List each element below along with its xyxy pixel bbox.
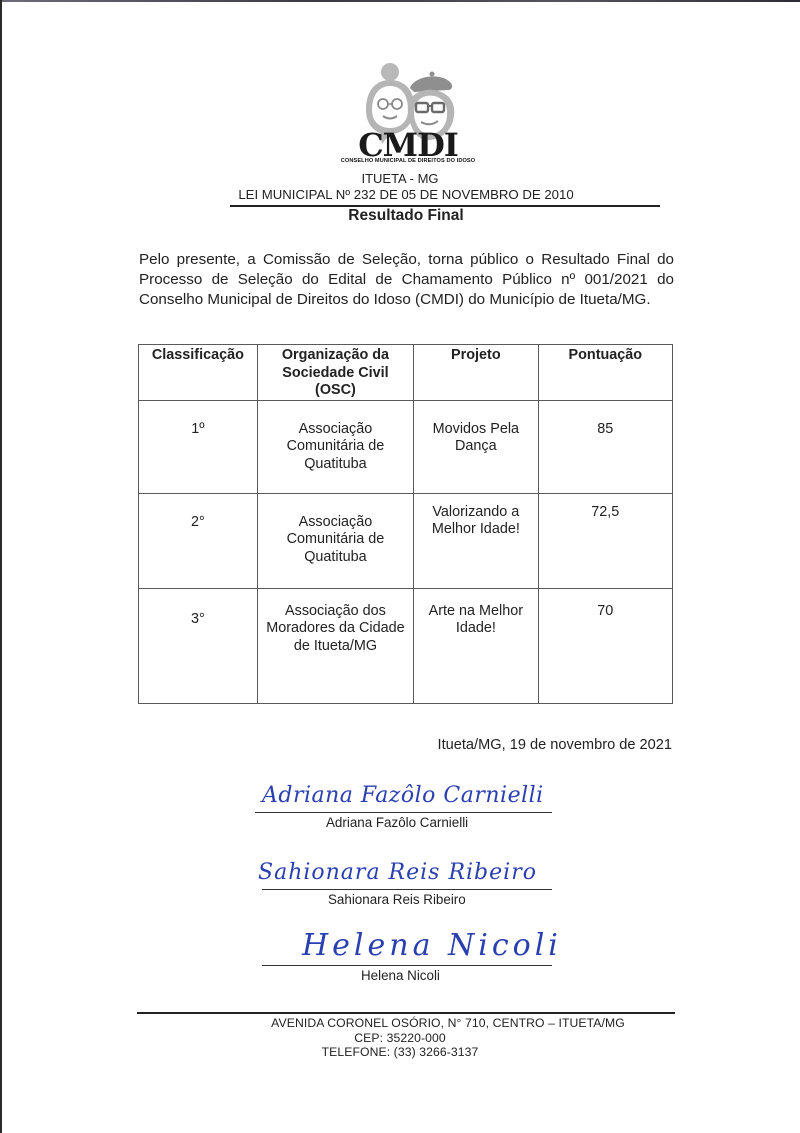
footer-cep: CEP: 35220-000 bbox=[0, 1031, 800, 1045]
footer-divider bbox=[137, 1012, 675, 1014]
intro-paragraph: Pelo presente, a Comissão de Seleção, to… bbox=[139, 250, 674, 310]
signatory-name: Adriana Fazôlo Carnielli bbox=[326, 815, 468, 830]
scan-edge-left bbox=[0, 0, 2, 1133]
intro-line: Pelo presente, a Comissão de Seleção, to… bbox=[139, 250, 674, 270]
results-table: Classificação Organização da Sociedade C… bbox=[138, 344, 673, 704]
signatory-name: Helena Nicoli bbox=[361, 968, 440, 983]
header-classification: Classificação bbox=[139, 345, 258, 401]
page-title: Resultado Final bbox=[0, 207, 800, 225]
signature-helena: Helena Nicoli bbox=[302, 928, 562, 963]
cell-score: 72,5 bbox=[538, 493, 672, 588]
cell-osc: Associação Comunitária de Quatituba bbox=[257, 400, 413, 493]
intro-line: Conselho Municipal de Direitos do Idoso … bbox=[139, 290, 674, 310]
signature-line bbox=[255, 812, 552, 813]
cell-osc: Associação dos Moradores da Cidade de It… bbox=[257, 588, 413, 703]
table-row: 3° Associação dos Moradores da Cidade de… bbox=[139, 588, 673, 703]
header-osc: Organização da Sociedade Civil (OSC) bbox=[257, 345, 413, 401]
city-heading: ITUETA - MG bbox=[0, 171, 800, 186]
cmdi-logo: CMDI CONSELHO MUNICIPAL DE DIREITOS DO I… bbox=[328, 60, 488, 168]
table-row: 2° Associação Comunitária de Quatituba V… bbox=[139, 493, 673, 588]
signatory-name: Sahionara Reis Ribeiro bbox=[328, 892, 466, 907]
cell-classification: 1º bbox=[139, 400, 258, 493]
cell-project: Movidos Pela Dança bbox=[414, 400, 539, 493]
intro-line: Processo de Seleção do Edital de Chamame… bbox=[139, 270, 674, 290]
table-row: 1º Associação Comunitária de Quatituba M… bbox=[139, 400, 673, 493]
elderly-couple-icon: CMDI bbox=[328, 60, 488, 160]
cell-project: Valorizando a Melhor Idade! bbox=[414, 493, 539, 588]
footer-phone: TELEFONE: (33) 3266-3137 bbox=[0, 1045, 800, 1059]
cell-osc: Associação Comunitária de Quatituba bbox=[257, 493, 413, 588]
svg-text:CMDI: CMDI bbox=[358, 126, 458, 160]
header-score: Pontuação bbox=[538, 345, 672, 401]
footer-address: AVENIDA CORONEL OSÓRIO, N° 710, CENTRO –… bbox=[48, 1016, 800, 1030]
signature-line bbox=[262, 889, 552, 890]
signature-sahionara: Sahionara Reis Ribeiro bbox=[258, 860, 537, 885]
cell-classification: 2° bbox=[139, 493, 258, 588]
header-project: Projeto bbox=[414, 345, 539, 401]
logo-caption: CONSELHO MUNICIPAL DE DIREITOS DO IDOSO bbox=[328, 158, 488, 164]
table-header-row: Classificação Organização da Sociedade C… bbox=[139, 345, 673, 401]
signature-adriana: Adriana Fazôlo Carnielli bbox=[262, 783, 544, 808]
document-date: Itueta/MG, 19 de novembro de 2021 bbox=[420, 737, 672, 753]
cell-score: 85 bbox=[538, 400, 672, 493]
cell-score: 70 bbox=[538, 588, 672, 703]
scan-edge-top bbox=[0, 0, 800, 2]
cell-project: Arte na Melhor Idade! bbox=[414, 588, 539, 703]
cell-classification: 3° bbox=[139, 588, 258, 703]
law-reference: LEI MUNICIPAL Nº 232 DE 05 DE NOVEMBRO D… bbox=[0, 187, 800, 202]
signature-line bbox=[262, 965, 552, 966]
